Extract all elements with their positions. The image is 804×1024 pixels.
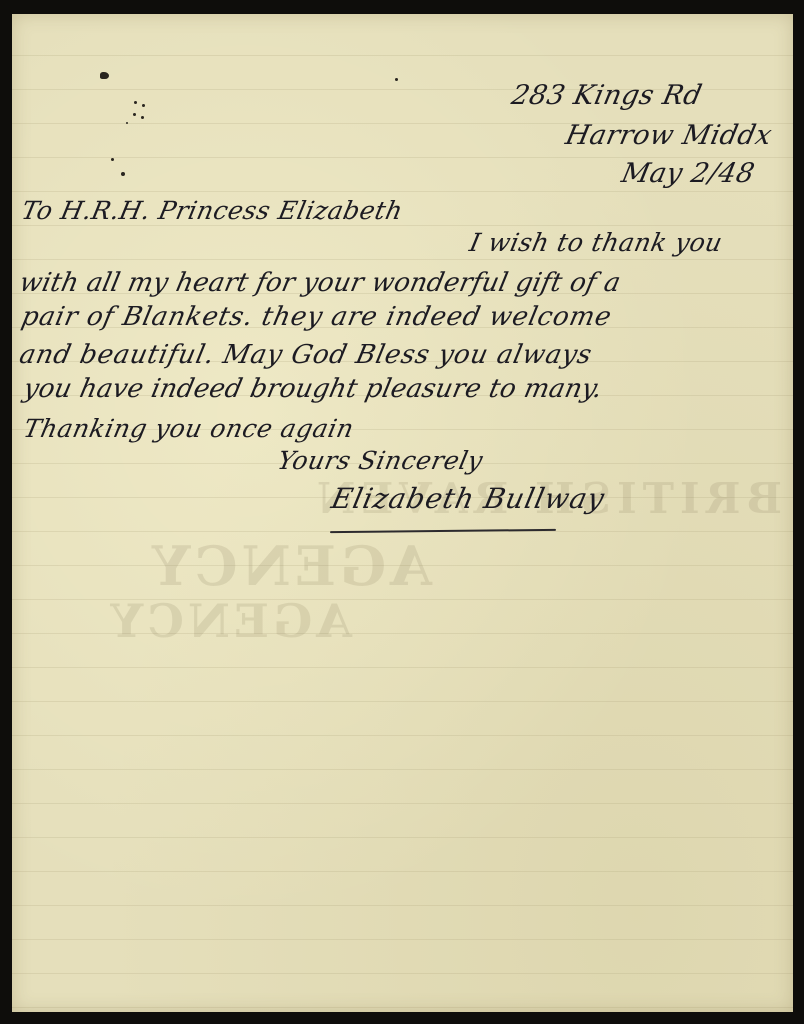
signature: Elizabeth Bullway: [328, 482, 607, 515]
ink-speck: [134, 101, 137, 104]
letter-date: May 2/48: [619, 158, 758, 189]
valediction: Yours Sincerely: [275, 446, 486, 475]
body-line-4: and beautiful. May God Bless you always: [17, 340, 595, 370]
body-line-2: with all my heart for your wonderful gif…: [17, 268, 624, 298]
ink-speck: [142, 104, 145, 107]
body-line-6: Thanking you once again: [21, 414, 357, 443]
showthrough-line-2: AGENCY: [148, 534, 432, 598]
ink-speck: [121, 172, 125, 176]
ink-speck: [395, 78, 398, 81]
address-line-2: Harrow Middx: [563, 120, 775, 151]
ink-speck: [111, 158, 114, 161]
showthrough-line-3: AGENCY: [106, 594, 352, 648]
ink-speck: [126, 122, 128, 124]
salutation: To H.R.H. Princess Elizabeth: [19, 196, 406, 225]
body-line-5: you have indeed brought pleasure to many…: [21, 374, 605, 404]
address-line-1: 283 Kings Rd: [509, 80, 705, 111]
ink-speck: [133, 113, 136, 116]
ink-speck: [141, 116, 144, 119]
body-line-3: pair of Blankets. they are indeed welcom…: [19, 302, 615, 332]
ink-blot: [100, 72, 109, 79]
body-line-1: I wish to thank you: [467, 228, 725, 257]
